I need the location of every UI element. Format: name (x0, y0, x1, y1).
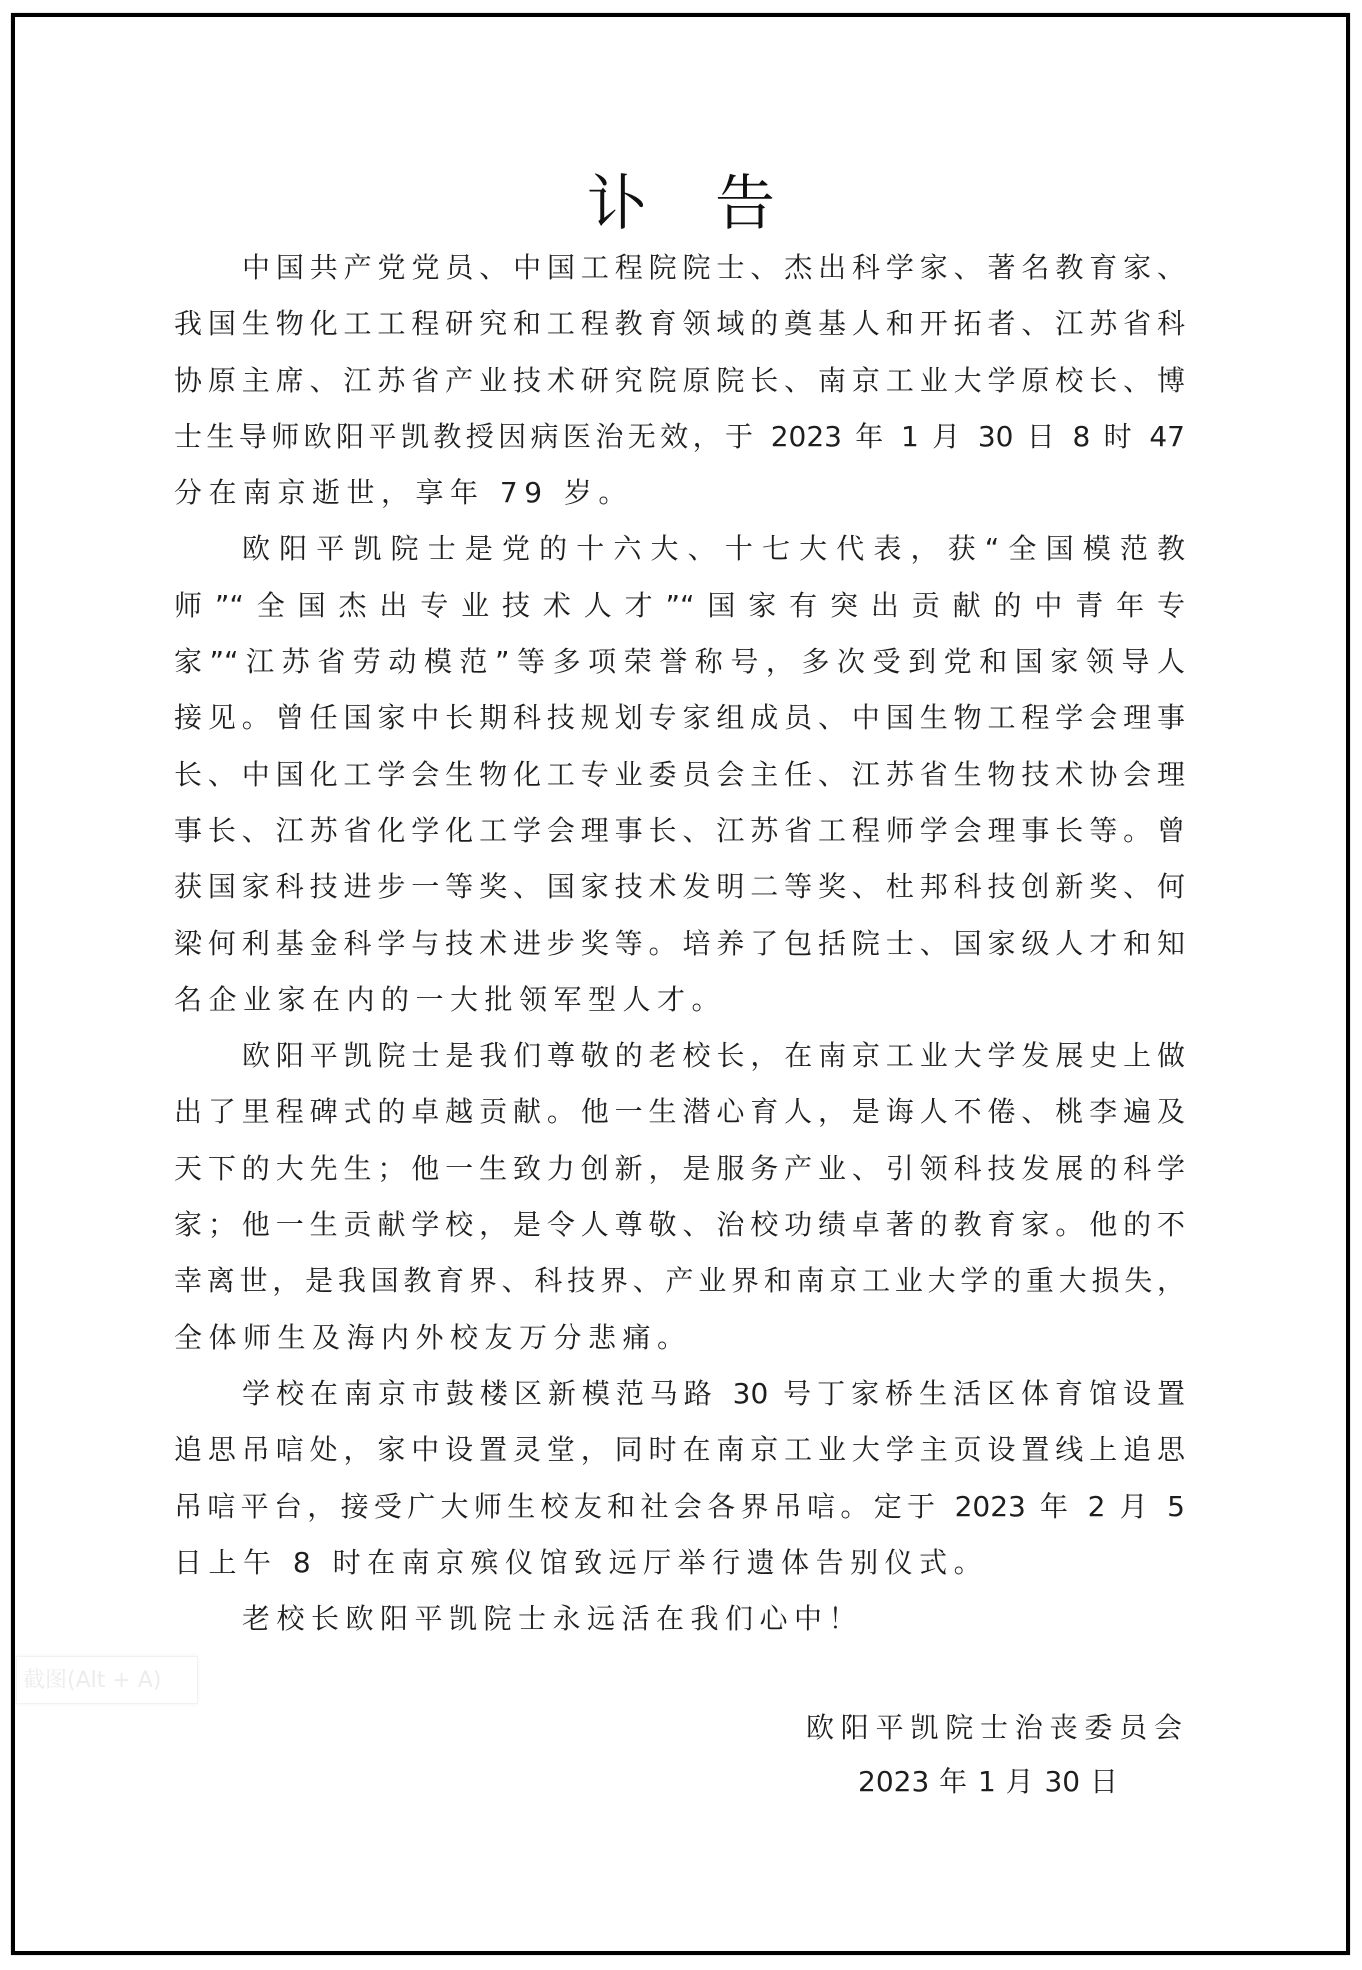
text-line: 我国生物化工工程研究和工程教育领域的奠基人和开拓者、江苏省科 (174, 296, 1185, 352)
paragraph-3: 欧阳平凯院士是我们尊敬的老校长，在南京工业大学发展史上做 出了里程碑式的卓越贡献… (174, 1028, 1185, 1366)
text-line: 士生导师欧阳平凯教授因病医治无效，于 2023 年 1 月 30 日 8 时 4… (174, 409, 1185, 465)
text-line: 协原主席、江苏省产业技术研究院原院长、南京工业大学原校长、博 (174, 353, 1185, 409)
text-line: 欧阳平凯院士是党的十六大、十七大代表，获“全国模范教 (174, 521, 1185, 577)
page-title: 讣告 (0, 168, 1362, 240)
text-line: 幸离世，是我国教育界、科技界、产业界和南京工业大学的重大损失， (174, 1253, 1185, 1309)
text-line: 事长、江苏省化学化工学会理事长、江苏省工程师学会理事长等。曾 (174, 803, 1185, 859)
text-line: 全体师生及海内外校友万分悲痛。 (174, 1310, 1185, 1366)
text-line: 师”“全国杰出专业技术人才”“国家有突出贡献的中青年专 (174, 578, 1185, 634)
text-line: 家；他一生贡献学校，是令人尊敬、治校功绩卓著的教育家。他的不 (174, 1197, 1185, 1253)
text-line: 老校长欧阳平凯院士永远活在我们心中！ (174, 1591, 1185, 1647)
text-line: 中国共产党党员、中国工程院院士、杰出科学家、著名教育家、 (174, 240, 1185, 296)
text-line: 接见。曾任国家中长期科技规划专家组成员、中国生物工程学会理事 (174, 690, 1185, 746)
text-line: 家”“江苏省劳动模范”等多项荣誉称号，多次受到党和国家领导人 (174, 634, 1185, 690)
paragraph-1: 中国共产党党员、中国工程院院士、杰出科学家、著名教育家、 我国生物化工工程研究和… (174, 240, 1185, 521)
title-char: 告 (714, 168, 776, 240)
text-line: 日上午 8 时在南京殡仪馆致远厅举行遗体告别仪式。 (174, 1535, 1185, 1591)
text-line: 获国家科技进步一等奖、国家技术发明二等奖、杜邦科技创新奖、何 (174, 859, 1185, 915)
text-line: 天下的大先生；他一生致力创新，是服务产业、引领科技发展的科学 (174, 1141, 1185, 1197)
text-line: 出了里程碑式的卓越贡献。他一生潜心育人，是诲人不倦、桃李遍及 (174, 1084, 1185, 1140)
text-line: 名企业家在内的一大批领军型人才。 (174, 972, 1185, 1028)
paragraph-4: 学校在南京市鼓楼区新模范马路 30 号丁家桥生活区体育馆设置 追思吊唁处，家中设… (174, 1366, 1185, 1591)
text-line: 学校在南京市鼓楼区新模范马路 30 号丁家桥生活区体育馆设置 (174, 1366, 1185, 1422)
text-line: 长、中国化工学会生物化工专业委员会主任、江苏省生物技术协会理 (174, 747, 1185, 803)
paragraph-2: 欧阳平凯院士是党的十六大、十七大代表，获“全国模范教 师”“全国杰出专业技术人才… (174, 521, 1185, 1028)
obituary-body: 中国共产党党员、中国工程院院士、杰出科学家、著名教育家、 我国生物化工工程研究和… (174, 240, 1185, 1647)
text-line: 梁何利基金科学与技术进步奖等。培养了包括院士、国家级人才和知 (174, 916, 1185, 972)
text-line: 追思吊唁处，家中设置灵堂，同时在南京工业大学主页设置线上追思 (174, 1422, 1185, 1478)
screenshot-tooltip: 截图(Alt + A) (16, 1656, 198, 1704)
text-line: 分在南京逝世，享年 79 岁。 (174, 465, 1185, 521)
title-char: 讣 (586, 168, 648, 240)
paragraph-5: 老校长欧阳平凯院士永远活在我们心中！ (174, 1591, 1185, 1647)
signature-committee: 欧阳平凯院士治丧委员会 (806, 1708, 1182, 1748)
text-line: 吊唁平台，接受广大师生校友和社会各界吊唁。定于 2023 年 2 月 5 (174, 1479, 1185, 1535)
signature-date: 2023 年 1 月 30 日 (858, 1762, 1118, 1802)
text-line: 欧阳平凯院士是我们尊敬的老校长，在南京工业大学发展史上做 (174, 1028, 1185, 1084)
